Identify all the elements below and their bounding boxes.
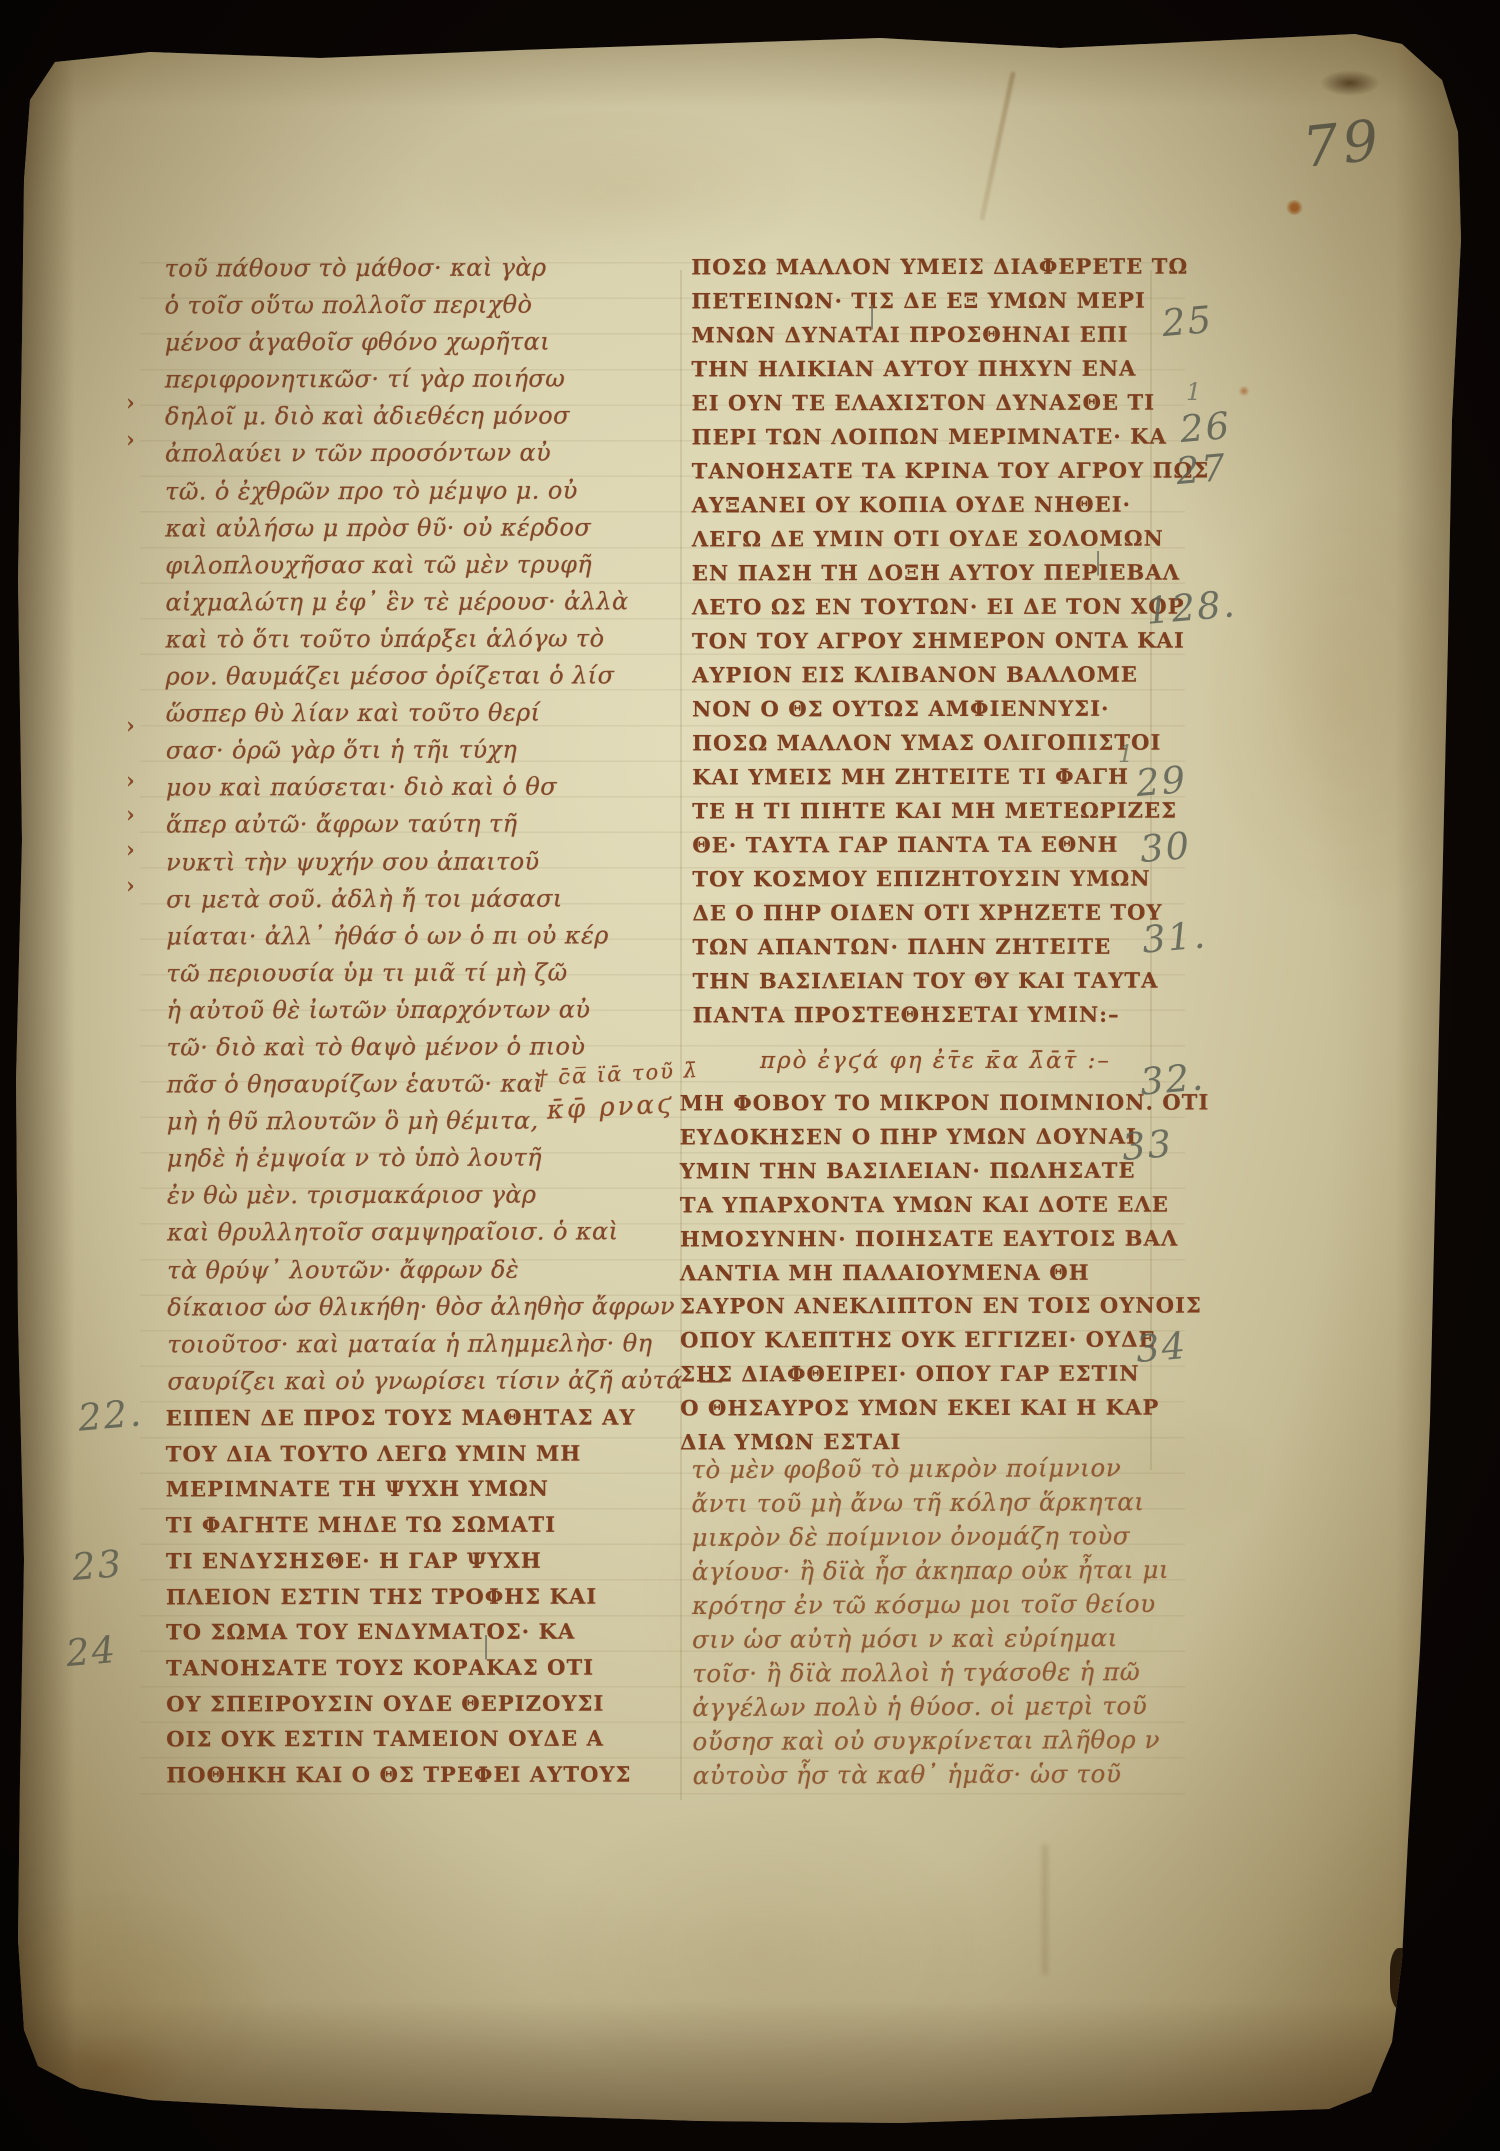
gospel-line: ΤΑΝΟΗΣΑΤΕ ΤΑ ΚΡΙΝΑ ΤΟΥ ΑΓΡΟΥ ΠΩΣ	[692, 454, 1167, 489]
commentary-line: σιν ὡσ αὐτὴ μόσι ν καὶ εὐρίημαι	[692, 1621, 1172, 1657]
commentary-line: ἀγγέλων πολὺ ἡ θύοσ. οἱ μετρὶ τοῦ	[692, 1689, 1172, 1725]
gospel-line: ΥΜΙΝ ΤΗΝ ΒΑΣΙΛΕΙΑΝ· ΠΩΛΗΣΑΤΕ	[680, 1153, 1170, 1188]
gospel-line: ΜΝΩΝ ΔΥΝΑΤΑΙ ΠΡΟΣΘΗΝΑΙ ΕΠΙ	[691, 318, 1166, 353]
gospel-line: ΠΑΝΤΑ ΠΡΟΣΤΕΘΗΣΕΤΑΙ ΥΜΙΝ:–	[693, 998, 1168, 1033]
gospel-line: ΠΕΡΙ ΤΩΝ ΛΟΙΠΩΝ ΜΕΡΙΜΝΑΤΕ· ΚΑ	[692, 420, 1167, 455]
commentary-line: φιλοπλουχῆσασ καὶ τῶ μὲν τρυφῆ	[165, 546, 585, 584]
gospel-line: ΛΕΤΟ ΩΣ ΕΝ ΤΟΥΤΩΝ· ΕΙ ΔΕ ΤΟΝ ΧΟΡ	[692, 590, 1167, 625]
commentary-line: κρότησ ἐν τῶ κόσμω μοι τοῖσ θείου	[692, 1587, 1172, 1623]
gospel-line: ΤΙ ΕΝΔΥΣΗΣΘΕ· Η ΓΑΡ ΨΥΧΗ	[166, 1542, 586, 1578]
lection-note: † ϲ̄α̅ ϊᾱ τοῦ λ̄ κ̄φ̄ ρναϛ	[537, 1058, 702, 1126]
right-column-gospel-a: ΠΟΣΩ ΜΑΛΛΟΝ ΥΜΕΙΣ ΔΙΑΦΕΡΕΤΕ ΤΩΠΕΤΕΙΝΩΝ· …	[691, 250, 1167, 1033]
commentary-line: αἰχμαλώτη μ ἐφ᾽ ἓν τὲ μέρουσ· ἀλλὰ	[165, 583, 585, 621]
right-column-gospel-b: ΜΗ ΦΟΒΟΥ ΤΟ ΜΙΚΡΟΝ ΠΟΙΜΝΙΟΝ. ΟΤΙΕΥΔΟΚΗΣΕ…	[680, 1086, 1171, 1460]
commentary-line: ρον. θαυμάζει μέσοσ ὁρίζεται ὁ λίσ	[166, 657, 586, 695]
commentary-line: ἐν θὼ μὲν. τρισμακάριοσ γὰρ	[167, 1177, 587, 1215]
verse-number: 29	[1134, 758, 1189, 805]
verse-number: 24	[64, 1628, 119, 1675]
gospel-line: ΔΕ Ο ΠΗΡ ΟΙΔΕΝ ΟΤΙ ΧΡΗΖΕΤΕ ΤΟΥ	[692, 896, 1167, 931]
manuscript-photo: 79 τοῦ πάθουσ τὸ μάθοσ· καὶ γὰρὁ τοῖσ οὕ…	[0, 0, 1500, 2151]
gospel-line: ΤΟ ΣΩΜΑ ΤΟΥ ΕΝΔΥΜΑΤΟΣ· ΚΑ	[166, 1614, 586, 1650]
verse-number: 23	[70, 1542, 125, 1589]
gospel-line: ΤΕ Η ΤΙ ΠΙΗΤΕ ΚΑΙ ΜΗ ΜΕΤΕΩΡΙΖΕΣ	[692, 794, 1167, 829]
right-column-commentary: τὸ μὲν φοβοῦ τὸ μικρὸν ποίμνιονἄντι τοῦ …	[691, 1451, 1172, 1793]
commentary-line: τῶ· διὸ καὶ τὸ θαψὸ μένον ὁ πιοὺ	[167, 1028, 587, 1066]
diple-mark: ›	[126, 802, 135, 828]
gospel-line: ΠΟΘΗΚΗ ΚΑΙ Ο ΘΣ ΤΡΕΦΕΙ ΑΥΤΟΥΣ	[166, 1757, 586, 1793]
verse-number: 27	[1174, 446, 1229, 493]
verse-number: 26	[1178, 404, 1233, 451]
verse-number: 32.	[1138, 1055, 1206, 1103]
commentary-line: αὐτοὺσ ἧσ τὰ καθ᾽ ἡμᾶσ· ὡσ τοῦ	[693, 1757, 1173, 1793]
pencil-tick: |	[868, 302, 876, 330]
diple-mark: ›	[126, 768, 135, 794]
commentary-line: καὶ θρυλλητοῖσ σαμψηραῖοισ. ὁ καὶ	[167, 1214, 587, 1252]
gospel-line: ΜΗ ΦΟΒΟΥ ΤΟ ΜΙΚΡΟΝ ΠΟΙΜΝΙΟΝ. ΟΤΙ	[680, 1086, 1170, 1121]
commentary-line: ἡ αὐτοῦ θὲ ἰωτῶν ὑπαρχόντων αὐ	[166, 991, 586, 1029]
lection-rubric-line: πρὸ ἐγϛά φη ἐτ̄ε κ̄α λ̄ᾱτ̄ :–	[760, 1048, 1111, 1074]
verse-number: 31.	[1140, 913, 1208, 961]
gospel-line: ΤΟΥ ΚΟΣΜΟΥ ΕΠΙΖΗΤΟΥΣΙΝ ΥΜΩΝ	[692, 862, 1167, 897]
gospel-line: ΠΟΣΩ ΜΑΛΛΟΝ ΥΜΑΣ ΟΛΙΓΟΠΙΣΤΟΙ	[692, 726, 1167, 761]
gospel-line: ΤΑ ΥΠΑΡΧΟΝΤΑ ΥΜΩΝ ΚΑΙ ΔΟΤΕ ΕΛΕ	[680, 1187, 1170, 1222]
commentary-line: καὶ τὸ ὅτι τοῦτο ὑπάρξει ἁλόγω τὸ	[165, 620, 585, 658]
gospel-line: ΣΑΥΡΟΝ ΑΝΕΚΛΙΠΤΟΝ ΕΝ ΤΟΙΣ ΟΥΝΟΙΣ	[680, 1289, 1170, 1324]
commentary-line: ὥσπερ θὺ λίαν καὶ τοῦτο θερί	[166, 695, 586, 733]
commentary-line: οὔσησ καὶ οὐ συγκρίνεται πλῆθορ ν	[692, 1723, 1172, 1759]
commentary-line: τοῦ πάθουσ τὸ μάθοσ· καὶ γὰρ	[164, 249, 584, 287]
lection-note-line2: κ̄φ̄ ρναϛ	[546, 1088, 701, 1126]
ink-spot	[1286, 200, 1303, 215]
gospel-line: ΝΟΝ Ο ΘΣ ΟΥΤΩΣ ΑΜΦΙΕΝΝΥΣΙ·	[692, 692, 1167, 727]
commentary-line: μίαται· ἀλλ᾽ ἠθάσ ὁ ων ὁ πι οὐ κέρ	[166, 917, 586, 955]
gospel-line: ΚΑΙ ΥΜΕΙΣ ΜΗ ΖΗΤΕΙΤΕ ΤΙ ΦΑΓΗ	[692, 760, 1167, 795]
edge-tear	[1394, 2036, 1424, 2088]
commentary-line: μου καὶ παύσεται· διὸ καὶ ὁ θσ	[166, 769, 586, 807]
gospel-line: ΟΙΣ ΟΥΚ ΕΣΤΙΝ ΤΑΜΕΙΟΝ ΟΥΔΕ Α	[166, 1721, 586, 1757]
edge-tear	[1390, 1948, 1416, 2010]
pencil-tick: 1	[1186, 378, 1201, 406]
commentary-line: ἅπερ αὐτῶ· ἄφρων ταύτη τῆ	[166, 806, 586, 844]
commentary-line: μικρὸν δὲ ποίμνιον ὀνομάζη τοὺσ	[692, 1519, 1172, 1555]
verse-number: 22.	[76, 1391, 144, 1439]
pencil-tick: 1	[1118, 740, 1133, 768]
gospel-line: ΤΑΝΟΗΣΑΤΕ ΤΟΥΣ ΚΟΡΑΚΑΣ ΟΤΙ	[166, 1650, 586, 1686]
commentary-line: σι μετὰ σοῦ. ἀδλὴ ἤ τοι μάσασι	[166, 880, 586, 918]
gospel-line: ΑΥΞΑΝΕΙ ΟΥ ΚΟΠΙΑ ΟΥΔΕ ΝΗΘΕΙ·	[692, 488, 1167, 523]
commentary-line: ἁγίουσ· ἢ δϊὰ ἧσ ἀκηπαρ οὐκ ἦται μι	[692, 1553, 1172, 1589]
gospel-line: ΣΗΣ ΔΙΑΦΘΕΙΡΕΙ· ΟΠΟΥ ΓΑΡ ΕΣΤΙΝ	[680, 1357, 1170, 1392]
commentary-line: τὸ μὲν φοβοῦ τὸ μικρὸν ποίμνιον	[691, 1451, 1171, 1487]
pencil-tick: |	[1094, 548, 1102, 576]
commentary-line: τοιοῦτοσ· καὶ ματαία ἡ πλημμελὴσ· θη	[167, 1325, 587, 1363]
gospel-line: ΟΥ ΣΠΕΙΡΟΥΣΙΝ ΟΥΔΕ ΘΕΡΙΖΟΥΣΙ	[166, 1685, 586, 1721]
gospel-line: ΑΥΡΙΟΝ ΕΙΣ ΚΛΙΒΑΝΟΝ ΒΑΛΛΟΜΕ	[692, 658, 1167, 693]
commentary-line: σαυρίζει καὶ οὐ γνωρίσει τίσιν ἀζῆ αὐτά·…	[167, 1362, 587, 1400]
gospel-line: ΠΕΤΕΙΝΩΝ· ΤΙΣ ΔΕ ΕΞ ΥΜΩΝ ΜΕΡΙ	[691, 284, 1166, 319]
gospel-line: ΕΙΠΕΝ ΔΕ ΠΡΟΣ ΤΟΥΣ ΜΑΘΗΤΑΣ ΑΥ	[166, 1400, 586, 1436]
gospel-line: ΜΕΡΙΜΝΑΤΕ ΤΗ ΨΥΧΗ ΥΜΩΝ	[166, 1471, 586, 1507]
diple-mark: ›	[126, 873, 135, 899]
commentary-line: τῶ. ὁ ἐχθρῶν προ τὸ μέμψο μ. οὐ	[165, 472, 585, 510]
folio-number: 79	[1300, 108, 1386, 181]
gospel-line: ΟΠΟΥ ΚΛΕΠΤΗΣ ΟΥΚ ΕΓΓΙΖΕΙ· ΟΥΔΕ	[680, 1323, 1170, 1358]
pencil-tick: |	[482, 1632, 490, 1660]
diple-mark: ›	[126, 390, 135, 416]
commentary-line: νυκτὶ τὴν ψυχήν σου ἀπαιτοῦ	[166, 843, 586, 881]
commentary-line: σασ· ὁρῶ γὰρ ὅτι ἡ τῆι τύχη	[166, 732, 586, 770]
commentary-line: δηλοῖ μ. διὸ καὶ ἀδιεθέϲη μόνοσ	[165, 398, 585, 436]
commentary-line: καὶ αὐλήσω μ πρὸσ θῦ· οὐ κέρδοσ	[165, 509, 585, 547]
gospel-line: ΤΗΝ ΗΛΙΚΙΑΝ ΑΥΤΟΥ ΠΗΧΥΝ ΕΝΑ	[691, 352, 1166, 387]
diple-mark: ›	[126, 713, 135, 739]
verse-number: 25	[1160, 298, 1215, 345]
diple-mark: ›	[126, 837, 135, 863]
commentary-line: μένοσ ἀγαθοῖσ φθόνο χωρῆται	[165, 324, 585, 362]
commentary-line: τοῖσ· ἢ δϊὰ πολλοὶ ἡ τγάσοθε ἡ πῶ	[692, 1655, 1172, 1691]
commentary-line: τὰ θρύψ᾽ λουτῶν· ἄφρων δὲ	[167, 1251, 587, 1289]
commentary-line: μὴ ἡ θῦ πλουτῶν ὃ μὴ θέμιτα,	[167, 1103, 587, 1141]
left-column-commentary: τοῦ πάθουσ τὸ μάθοσ· καὶ γὰρὁ τοῖσ οὕτω …	[164, 249, 587, 1400]
gospel-line: ΠΟΣΩ ΜΑΛΛΟΝ ΥΜΕΙΣ ΔΙΑΦΕΡΕΤΕ ΤΩ	[691, 250, 1166, 285]
corner-tear-shadow	[1320, 70, 1380, 96]
commentary-line: ὁ τοῖσ οὕτω πολλοῖσ περιχθὸ	[165, 287, 585, 325]
gospel-line: ΕΥΔΟΚΗΣΕΝ Ο ΠΗΡ ΥΜΩΝ ΔΟΥΝΑΙ	[680, 1119, 1170, 1154]
gospel-line: ΘΕ· ΤΑΥΤΑ ΓΑΡ ΠΑΝΤΑ ΤΑ ΕΘΝΗ	[692, 828, 1167, 863]
verse-number: 33	[1120, 1122, 1175, 1169]
commentary-line: τῶ περιουσία ὑμ τι μιᾶ τί μὴ ζῶ	[166, 954, 586, 992]
commentary-line: περιφρονητικῶσ· τί γὰρ ποιήσω	[165, 361, 585, 399]
gospel-line: ΛΑΝΤΙΑ ΜΗ ΠΑΛΑΙΟΥΜΕΝΑ ΘΗ	[680, 1255, 1170, 1290]
verse-number: 128.	[1144, 582, 1238, 633]
gospel-line: ΤΟΥ ΔΙΑ ΤΟΥΤΟ ΛΕΓΩ ΥΜΙΝ ΜΗ	[166, 1435, 586, 1471]
parchment-page: 79 τοῦ πάθουσ τὸ μάθοσ· καὶ γὰρὁ τοῖσ οὕ…	[0, 0, 1500, 2151]
crease-mark	[979, 71, 1015, 221]
gospel-line: ΕΙ ΟΥΝ ΤΕ ΕΛΑΧΙΣΤΟΝ ΔΥΝΑΣΘΕ ΤΙ	[692, 386, 1167, 421]
gospel-line: ΤΙ ΦΑΓΗΤΕ ΜΗΔΕ ΤΩ ΣΩΜΑΤΙ	[166, 1507, 586, 1543]
parchment-stain	[30, 2030, 180, 2110]
commentary-line: πᾶσ ὁ θησαυρίζων ἑαυτῶ· καὶ	[167, 1066, 587, 1104]
left-column-gospel: ΕΙΠΕΝ ΔΕ ΠΡΟΣ ΤΟΥΣ ΜΑΘΗΤΑΣ ΑΥΤΟΥ ΔΙΑ ΤΟΥ…	[166, 1400, 587, 1793]
gospel-line: ΤΗΝ ΒΑΣΙΛΕΙΑΝ ΤΟΥ ΘΥ ΚΑΙ ΤΑΥΤΑ	[693, 964, 1168, 999]
gospel-line: Ο ΘΗΣΑΥΡΟΣ ΥΜΩΝ ΕΚΕΙ ΚΑΙ Η ΚΑΡ	[680, 1391, 1170, 1426]
verse-number: 30	[1138, 824, 1193, 871]
gospel-line: ΗΜΟΣΥΝΗΝ· ΠΟΙΗΣΑΤΕ ΕΑΥΤΟΙΣ ΒΑΛ	[680, 1221, 1170, 1256]
commentary-line: ἀπολαύει ν τῶν προσόντων αὐ	[165, 435, 585, 473]
commentary-line: ἄντι τοῦ μὴ ἄνω τῆ κόλησ ἅρκηται	[691, 1485, 1171, 1521]
gospel-line: ΤΟΝ ΤΟΥ ΑΓΡΟΥ ΣΗΜΕΡΟΝ ΟΝΤΑ ΚΑΙ	[692, 624, 1167, 659]
gospel-line: ΠΛΕΙΟΝ ΕΣΤΙΝ ΤΗΣ ΤΡΟΦΗΣ ΚΑΙ	[166, 1578, 586, 1614]
ink-spot	[1238, 386, 1250, 396]
diple-mark: ›	[126, 427, 135, 453]
verse-number: 34	[1134, 1324, 1189, 1371]
commentary-line: δίκαιοσ ὡσ θλικήθη· θὸσ ἀληθὴσ ἄφρων	[167, 1288, 587, 1326]
column-rule-left	[680, 270, 682, 1800]
gospel-line: ΤΩΝ ΑΠΑΝΤΩΝ· ΠΛΗΝ ΖΗΤΕΙΤΕ	[693, 930, 1168, 965]
commentary-line: μηδὲ ἡ ἐμψοία ν τὸ ὑπὸ λουτῆ	[167, 1140, 587, 1178]
fold-crease	[1042, 1845, 1048, 1975]
